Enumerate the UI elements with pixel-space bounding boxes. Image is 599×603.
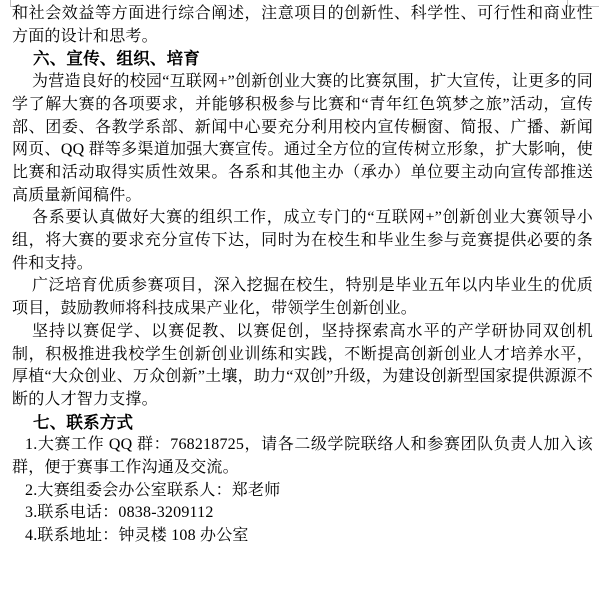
paragraph-publicity: 为营造良好的校园“互联网+”创新创业大赛的比赛氛围，扩大宣传，让更多的同学了解大…	[12, 71, 593, 207]
document-page: 和社会效益等方面进行综合阐述，注意项目的创新性、科学性、可行性和商业性方面的设计…	[0, 0, 599, 603]
document-body: 和社会效益等方面进行综合阐述，注意项目的创新性、科学性、可行性和商业性方面的设计…	[12, 3, 593, 548]
paragraph-cultivation: 广泛培育优质参赛项目，深入挖掘在校生，特别是毕业五年以内毕业生的优质项目，鼓励教…	[12, 275, 593, 320]
section-heading-contact-info: 七、联系方式	[33, 412, 593, 435]
contact-item-address: 4.联系地址：钟灵楼 108 办公室	[12, 525, 593, 548]
paragraph-competition-promotion: 坚持以赛促学、以赛促教、以赛促创，坚持探索高水平的产学研协同双创机制，积极推进我…	[12, 321, 593, 412]
paragraph-continuation: 和社会效益等方面进行综合阐述，注意项目的创新性、科学性、可行性和商业性方面的设计…	[12, 3, 593, 48]
contact-item-qq-group: 1.大赛工作 QQ 群：768218725，请各二级学院联络人和参赛团队负责人加…	[12, 434, 593, 479]
contact-item-phone: 3.联系电话：0838-3209112	[12, 502, 593, 525]
section-heading-publicity-organization: 六、宣传、组织、培育	[33, 48, 593, 71]
paragraph-organization: 各系要认真做好大赛的组织工作，成立专门的“互联网+”创新创业大赛领导小组，将大赛…	[12, 207, 593, 275]
contact-item-person: 2.大赛组委会办公室联系人：郑老师	[12, 480, 593, 503]
